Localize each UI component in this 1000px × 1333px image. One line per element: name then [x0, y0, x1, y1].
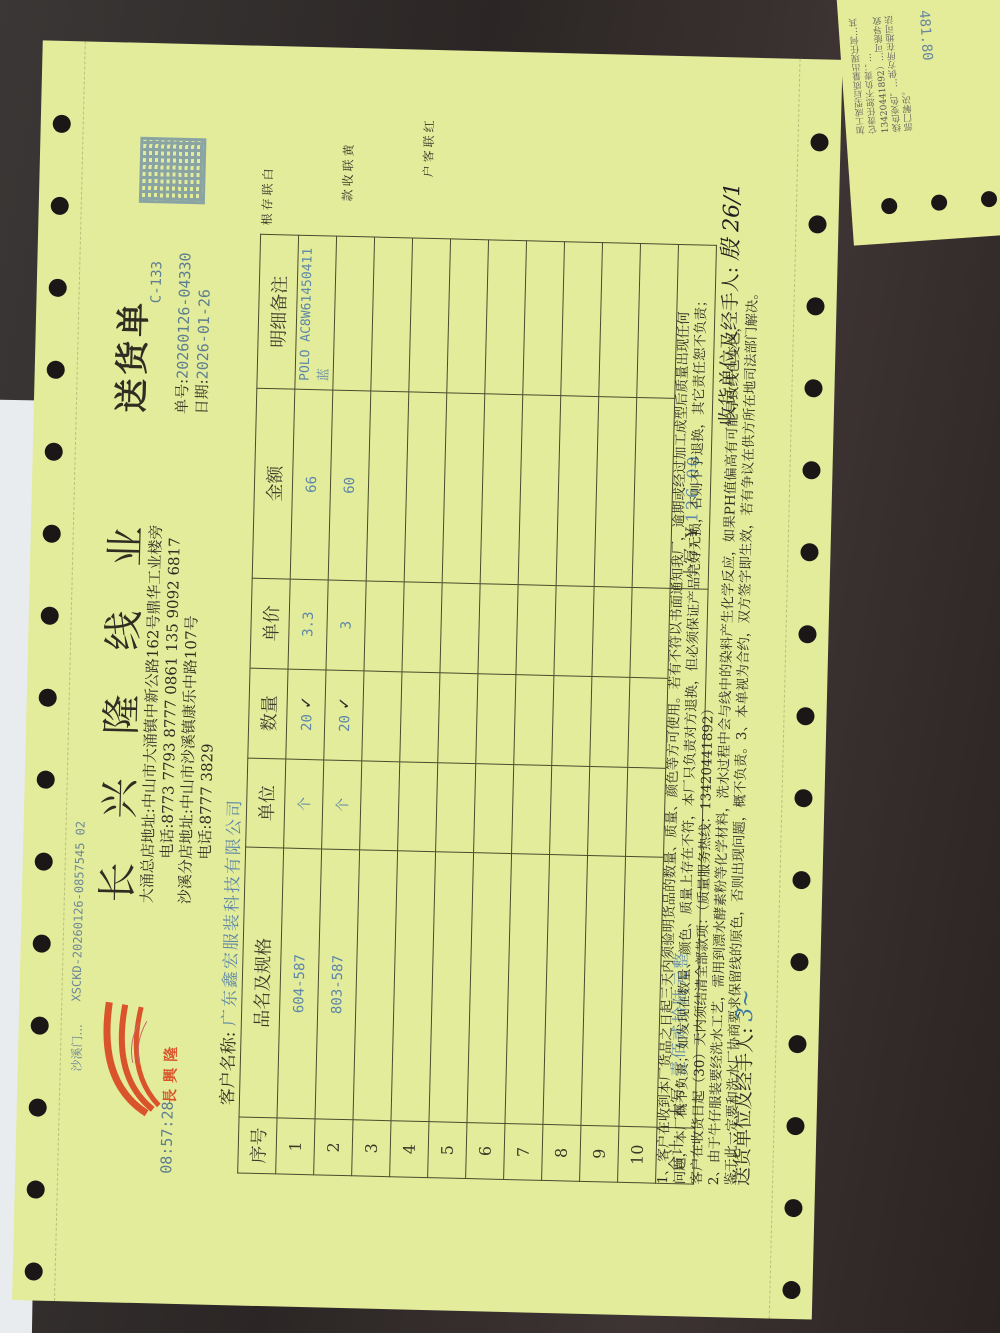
col-header-price: 单价	[250, 578, 290, 669]
company-address: 大涌总店地址:中山市大涌镇中新公路162号鼎华工业楼旁 电话:8773 7793…	[138, 524, 223, 904]
document-number: 20260126-04330	[174, 252, 195, 379]
delivery-note-rotated: 沙溪门... XSCKD-20260126-0857545 02 08:57:2…	[12, 40, 843, 1319]
logo-text: 長興隆	[159, 1041, 182, 1105]
qr-code-icon	[139, 137, 207, 205]
col-header-qty: 数量	[248, 668, 288, 759]
tractor-feed-strip-bottom	[769, 59, 843, 1320]
sender-signature-field: 送货单位及经手人:3~	[727, 989, 759, 1186]
branch-tag: 沙溪门...	[68, 1024, 86, 1072]
second-delivery-note-corner: 加工成型后质量出现任何…其它责任恕不负责；…13420441892）…可能导致线…	[836, 0, 1000, 246]
document-date: 2026-01-26	[194, 289, 214, 380]
document-meta: 单号:20260126-04330 日期:2026-01-26	[172, 252, 216, 414]
receiver-signature: 殷 26/1	[719, 182, 746, 261]
col-header-unit: 单位	[246, 758, 286, 849]
corner-terms-text: 加工成型后质量出现任何…其它责任恕不负责；…13420441892）…可能导致线…	[848, 11, 916, 135]
copy-white: 白联存根	[260, 168, 273, 228]
branch-phone: 8777 3829	[197, 743, 217, 825]
col-header-amount: 金额	[252, 388, 295, 579]
checkmark-icon: ✓	[334, 698, 355, 709]
col-header-no: 序号	[238, 1117, 277, 1174]
serial-code: C-133	[148, 261, 165, 304]
items-table: 序号 品名及规格 单位 数量 单价 金额 明细备注 1 604-587 个 20…	[237, 234, 717, 1185]
document-header: 沙溪门... XSCKD-20260126-0857545 02 08:57:2…	[61, 101, 237, 1184]
sender-signature: 3~	[733, 989, 759, 1022]
checkmark-icon: ✓	[296, 697, 317, 708]
col-header-remark: 明细备注	[257, 234, 299, 389]
corner-amount: 481.80	[916, 10, 935, 62]
company-logo-icon	[86, 992, 169, 1124]
print-time: 08:57:28	[157, 1101, 177, 1174]
copy-yellow: 黄联收款	[341, 144, 354, 204]
col-header-item: 品名及规格	[239, 848, 284, 1118]
document-id: XSCKD-20260126-0857545 02	[69, 821, 87, 1002]
delivery-note: 沙溪门... XSCKD-20260126-0857545 02 08:57:2…	[12, 40, 843, 1319]
copy-red: 红联客户	[421, 120, 434, 180]
receiver-signature-field: 收货单位及经手人:殷 26/1	[710, 182, 747, 425]
document-type: 送货单	[104, 298, 156, 413]
